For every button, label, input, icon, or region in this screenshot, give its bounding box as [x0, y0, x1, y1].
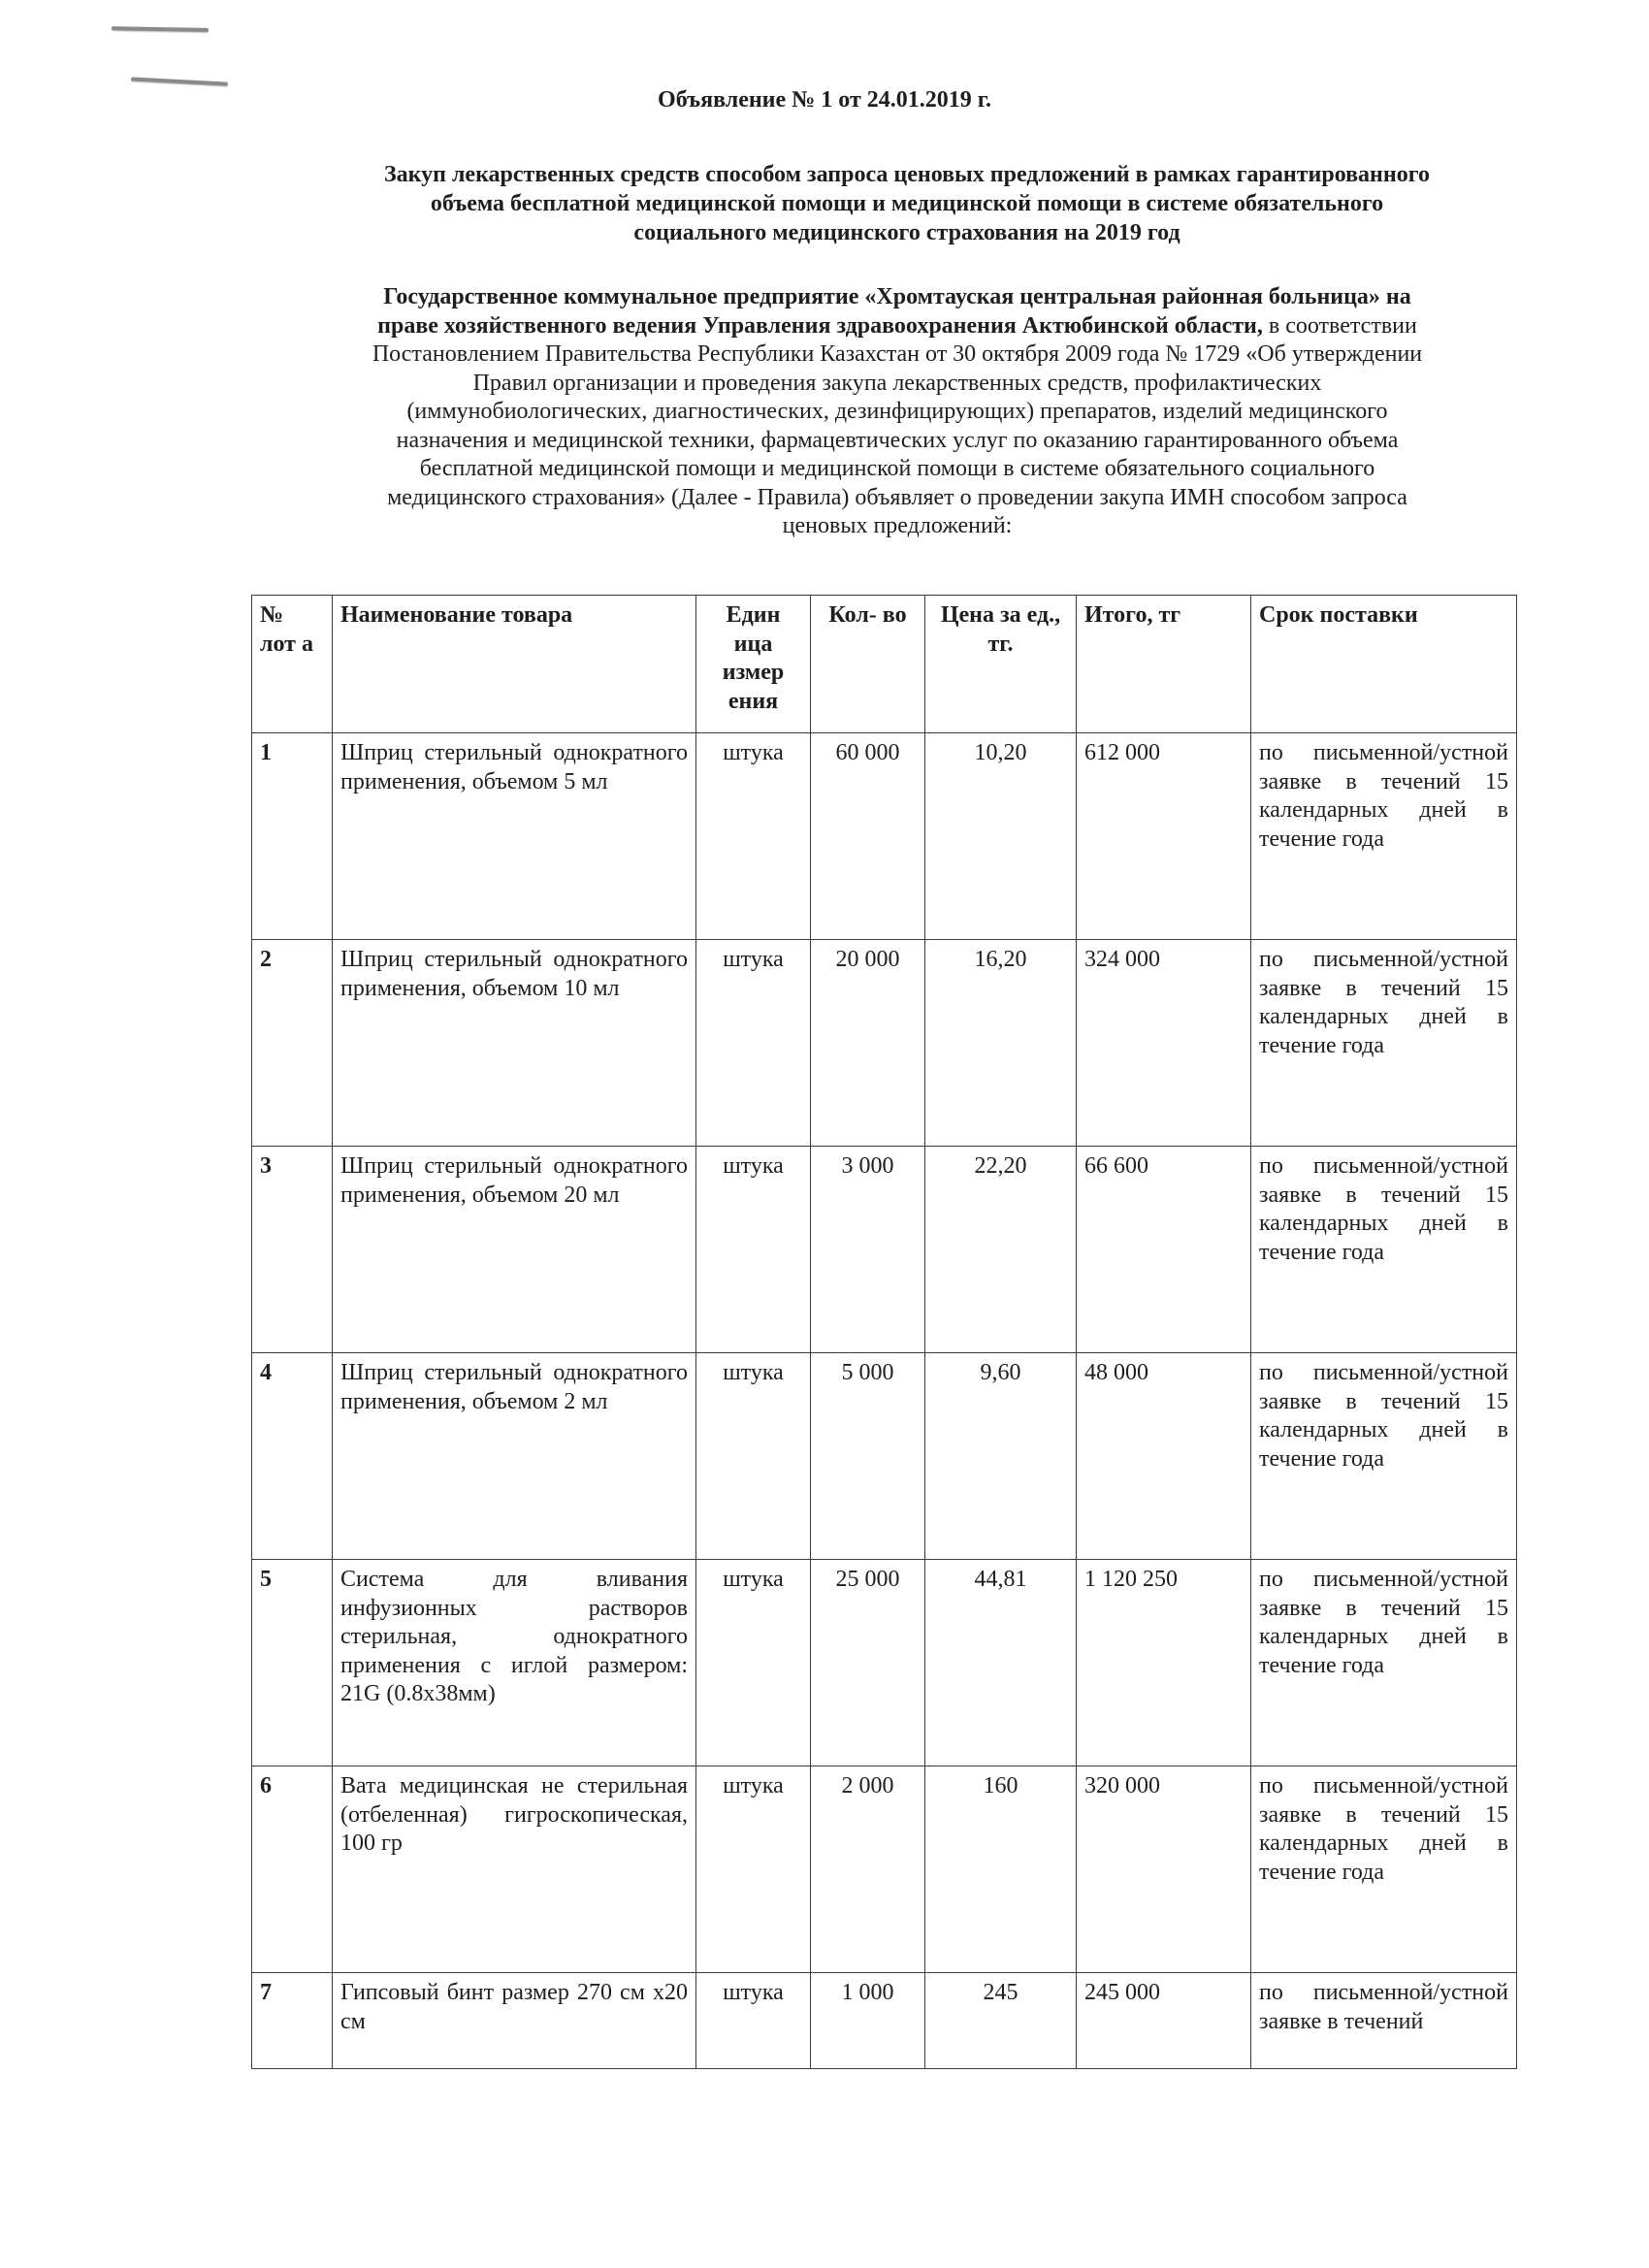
- product-name-cell: Шприц стерильный однократного применения…: [333, 1353, 696, 1560]
- quantity-cell: 25 000: [811, 1560, 925, 1766]
- quantity-cell: 60 000: [811, 733, 925, 940]
- quantity-cell: 5 000: [811, 1353, 925, 1560]
- header-lot-number: № лот а: [252, 596, 333, 733]
- total-cell: 324 000: [1077, 940, 1251, 1147]
- intro-line: Государственное коммунальное предприятие…: [257, 283, 1537, 312]
- intro-line: бесплатной медицинской помощи и медицинс…: [257, 455, 1537, 484]
- unit-price-cell: 160: [925, 1766, 1077, 1973]
- unit-price-cell: 44,81: [925, 1560, 1077, 1766]
- lot-number-cell: 4: [252, 1353, 333, 1560]
- unit-cell: штука: [696, 1560, 811, 1766]
- delivery-term-cell: по письменной/устной заявке в течений 15…: [1251, 1560, 1517, 1766]
- unit-price-cell: 22,20: [925, 1147, 1077, 1353]
- intro-line: назначения и медицинской техники, фармац…: [257, 427, 1537, 456]
- subtitle-line: социального медицинского страхования на …: [281, 218, 1533, 247]
- total-cell: 48 000: [1077, 1353, 1251, 1560]
- intro-line: (иммунобиологических, диагностических, д…: [257, 398, 1537, 427]
- intro-text: в соответствии: [1263, 313, 1417, 339]
- total-cell: 612 000: [1077, 733, 1251, 940]
- subtitle-line: объема бесплатной медицинской помощи и м…: [281, 189, 1533, 218]
- header-product-name: Наименование товара: [333, 596, 696, 733]
- table-row: 1Шприц стерильный однократного применени…: [252, 733, 1517, 940]
- unit-cell: штука: [696, 1353, 811, 1560]
- announcement-subtitle: Закуп лекарственных средств способом зап…: [281, 160, 1533, 247]
- unit-cell: штука: [696, 733, 811, 940]
- product-name-cell: Система для вливания инфузионных раствор…: [333, 1560, 696, 1766]
- unit-price-cell: 245: [925, 1973, 1077, 2069]
- unit-cell: штука: [696, 1147, 811, 1353]
- product-name-cell: Гипсовый бинт размер 270 см х20 см: [333, 1973, 696, 2069]
- intro-line: ценовых предложений:: [257, 512, 1537, 541]
- delivery-term-cell: по письменной/устной заявке в течений 15…: [1251, 733, 1517, 940]
- table-row: 5Система для вливания инфузионных раство…: [252, 1560, 1517, 1766]
- delivery-term-cell: по письменной/устной заявке в течений 15…: [1251, 1147, 1517, 1353]
- announcement-title: Объявление № 1 от 24.01.2019 г.: [0, 85, 1649, 114]
- header-unit: Един ица измер ения: [696, 596, 811, 733]
- intro-line: медицинского страхования» (Далее - Прави…: [257, 484, 1537, 513]
- table-row: 2Шприц стерильный однократного применени…: [252, 940, 1517, 1147]
- unit-cell: штука: [696, 1973, 811, 2069]
- quantity-cell: 3 000: [811, 1147, 925, 1353]
- delivery-term-cell: по письменной/устной заявке в течений 15…: [1251, 1353, 1517, 1560]
- organization-name: Государственное коммунальное предприятие…: [383, 284, 1411, 309]
- intro-line: Постановлением Правительства Республики …: [257, 340, 1537, 370]
- intro-line: Правил организации и проведения закупа л…: [257, 370, 1537, 399]
- delivery-term-cell: по письменной/устной заявке в течений 15…: [1251, 940, 1517, 1147]
- unit-price-cell: 10,20: [925, 733, 1077, 940]
- header-total: Итого, тг: [1077, 596, 1251, 733]
- lots-table: № лот а Наименование товара Един ица изм…: [251, 595, 1517, 2069]
- organization-authority: праве хозяйственного ведения Управления …: [377, 313, 1263, 339]
- total-cell: 320 000: [1077, 1766, 1251, 1973]
- total-cell: 1 120 250: [1077, 1560, 1251, 1766]
- unit-price-cell: 16,20: [925, 940, 1077, 1147]
- intro-line: праве хозяйственного ведения Управления …: [257, 312, 1537, 341]
- header-quantity: Кол- во: [811, 596, 925, 733]
- header-delivery-term: Срок поставки: [1251, 596, 1517, 733]
- quantity-cell: 2 000: [811, 1766, 925, 1973]
- total-cell: 245 000: [1077, 1973, 1251, 2069]
- product-name-cell: Шприц стерильный однократного применения…: [333, 1147, 696, 1353]
- product-name-cell: Шприц стерильный однократного применения…: [333, 940, 696, 1147]
- lot-number-cell: 1: [252, 733, 333, 940]
- intro-paragraph: Государственное коммунальное предприятие…: [257, 283, 1537, 541]
- quantity-cell: 20 000: [811, 940, 925, 1147]
- total-cell: 66 600: [1077, 1147, 1251, 1353]
- table-row: 7Гипсовый бинт размер 270 см х20 смштука…: [252, 1973, 1517, 2069]
- table-header-row: № лот а Наименование товара Един ица изм…: [252, 596, 1517, 733]
- lot-number-cell: 7: [252, 1973, 333, 2069]
- quantity-cell: 1 000: [811, 1973, 925, 2069]
- table-row: 6Вата медицинская не стерильная (отбелен…: [252, 1766, 1517, 1973]
- unit-price-cell: 9,60: [925, 1353, 1077, 1560]
- delivery-term-cell: по письменной/устной заявке в течений 15…: [1251, 1766, 1517, 1973]
- staple-mark: [112, 26, 209, 32]
- product-name-cell: Вата медицинская не стерильная (отбеленн…: [333, 1766, 696, 1973]
- lot-number-cell: 2: [252, 940, 333, 1147]
- delivery-term-cell: по письменной/устной заявке в течений: [1251, 1973, 1517, 2069]
- table-row: 4Шприц стерильный однократного применени…: [252, 1353, 1517, 1560]
- unit-cell: штука: [696, 1766, 811, 1973]
- table-row: 3Шприц стерильный однократного применени…: [252, 1147, 1517, 1353]
- product-name-cell: Шприц стерильный однократного применения…: [333, 733, 696, 940]
- lot-number-cell: 6: [252, 1766, 333, 1973]
- header-unit-price: Цена за ед., тг.: [925, 596, 1077, 733]
- lot-number-cell: 3: [252, 1147, 333, 1353]
- lot-number-cell: 5: [252, 1560, 333, 1766]
- unit-cell: штука: [696, 940, 811, 1147]
- subtitle-line: Закуп лекарственных средств способом зап…: [281, 160, 1533, 189]
